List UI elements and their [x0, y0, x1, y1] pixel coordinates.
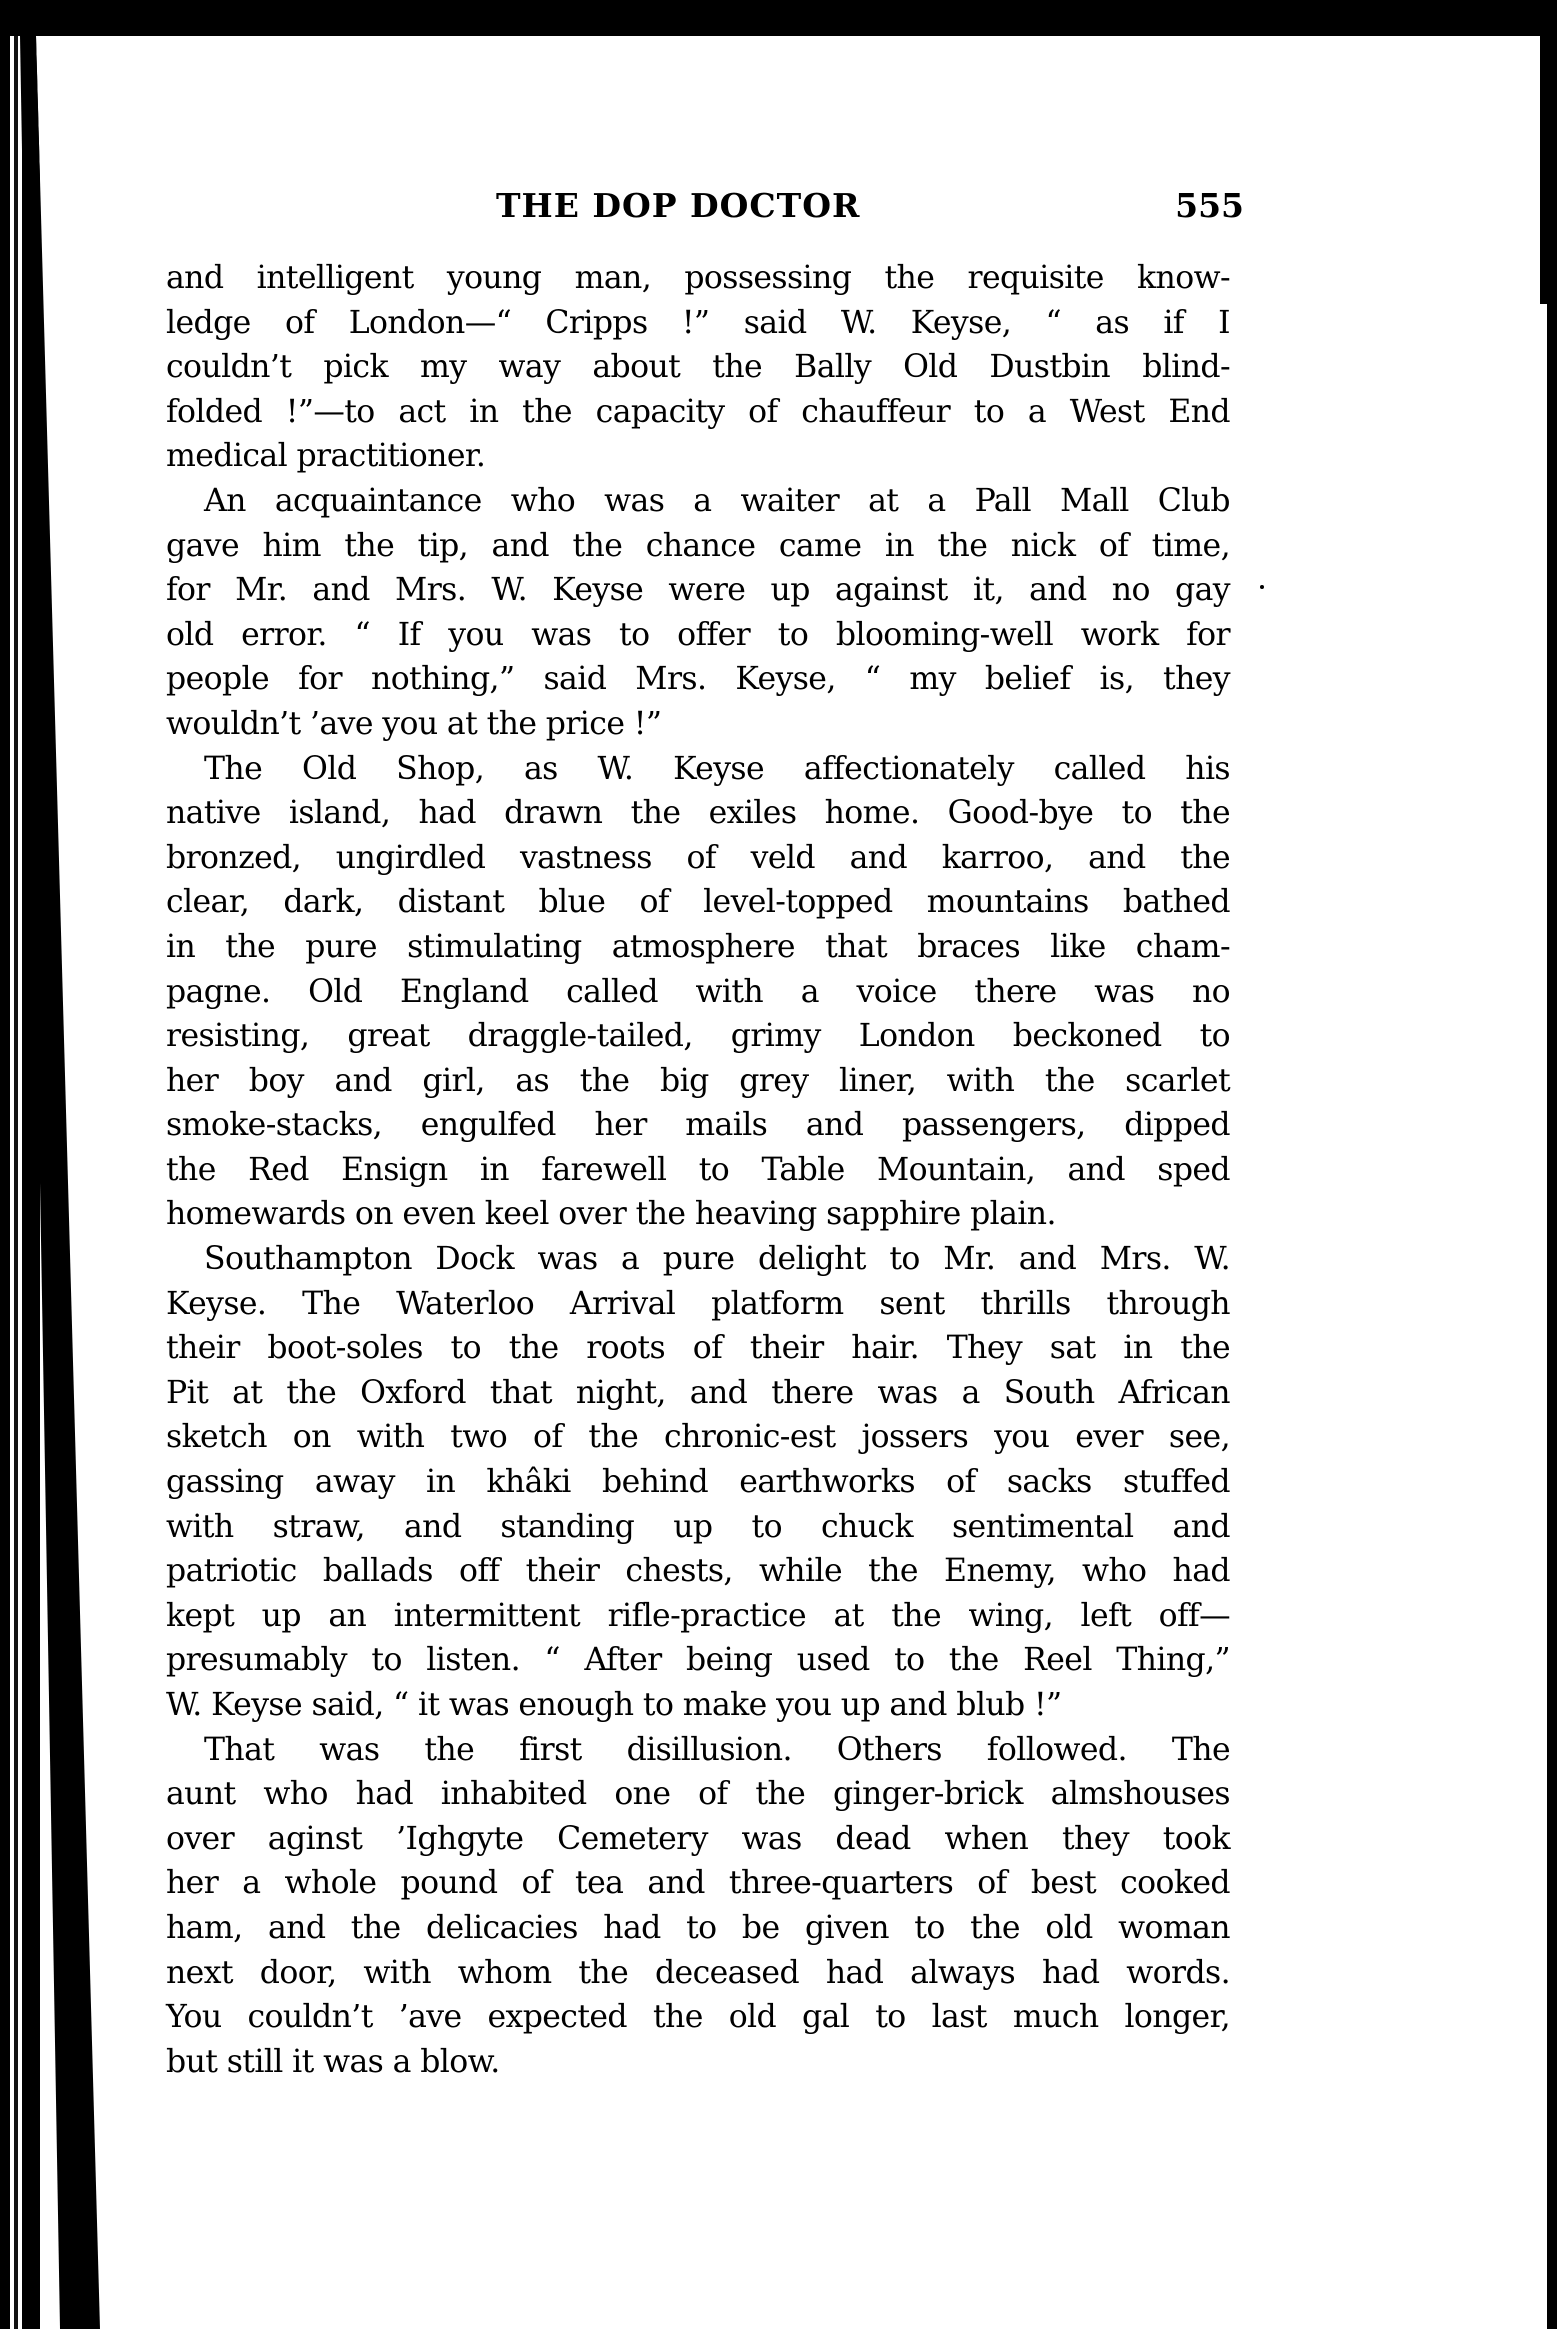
paragraph: An acquaintance who was a waiter at a Pa… [166, 479, 1230, 747]
text-line: bronzed, ungirdled vastness of veld and … [166, 836, 1230, 881]
text-line: people for nothing,” said Mrs. Keyse, “ … [166, 657, 1230, 702]
text-line: native island, had drawn the exiles home… [166, 791, 1230, 836]
text-line: An acquaintance who was a waiter at a Pa… [166, 479, 1230, 524]
paragraph: Southampton Dock was a pure delight to M… [166, 1237, 1230, 1728]
text-line: next door, with whom the deceased had al… [166, 1951, 1230, 1996]
scan-right-border [1540, 14, 1547, 304]
paragraph: The Old Shop, as W. Keyse affectionately… [166, 747, 1230, 1238]
text-line: That was the first disillusion. Others f… [166, 1728, 1230, 1773]
text-line: Keyse. The Waterloo Arrival platform sen… [166, 1282, 1230, 1327]
text-line: in the pure stimulating atmosphere that … [166, 925, 1230, 970]
body-text: and intelligent young man, possessing th… [166, 256, 1230, 2084]
text-line: gassing away in khâki behind earthworks … [166, 1460, 1230, 1505]
text-line: the Red Ensign in farewell to Table Moun… [166, 1148, 1230, 1193]
text-line: ledge of London—“ Cripps !” said W. Keys… [166, 301, 1230, 346]
text-line: their boot-soles to the roots of their h… [166, 1326, 1230, 1371]
text-line: smoke-stacks, engulfed her mails and pas… [166, 1103, 1230, 1148]
text-line: and intelligent young man, possessing th… [166, 256, 1230, 301]
scan-speck [1260, 585, 1264, 589]
text-line: clear, dark, distant blue of level-toppe… [166, 880, 1230, 925]
text-line: Pit at the Oxford that night, and there … [166, 1371, 1230, 1416]
text-line: wouldn’t ’ave you at the price !” [166, 702, 1230, 747]
text-line: You couldn’t ’ave expected the old gal t… [166, 1995, 1230, 2040]
text-line: over aginst ’Ighgyte Cemetery was dead w… [166, 1817, 1230, 1862]
text-line: Southampton Dock was a pure delight to M… [166, 1237, 1230, 1282]
scan-right-edge [1547, 14, 1557, 2329]
text-line: ham, and the delicacies had to be given … [166, 1906, 1230, 1951]
scanned-book-page: THE DOP DOCTOR 555 and intelligent young… [0, 0, 1557, 2329]
text-line: W. Keyse said, “ it was enough to make y… [166, 1683, 1230, 1728]
text-line: her a whole pound of tea and three-quart… [166, 1861, 1230, 1906]
text-line: gave him the tip, and the chance came in… [166, 524, 1230, 569]
page-header: THE DOP DOCTOR 555 [166, 186, 1244, 236]
text-line: sketch on with two of the chronic-est jo… [166, 1415, 1230, 1460]
text-line: patriotic ballads off their chests, whil… [166, 1549, 1230, 1594]
page-number: 555 [1175, 186, 1244, 225]
paragraph: and intelligent young man, possessing th… [166, 256, 1230, 479]
text-line: couldn’t pick my way about the Bally Old… [166, 345, 1230, 390]
text-line: old error. “ If you was to offer to bloo… [166, 613, 1230, 658]
text-line: but still it was a blow. [166, 2040, 1230, 2085]
scan-top-border [0, 0, 1557, 36]
text-line: medical practitioner. [166, 434, 1230, 479]
text-line: for Mr. and Mrs. W. Keyse were up agains… [166, 568, 1230, 613]
text-line: The Old Shop, as W. Keyse affectionately… [166, 747, 1230, 792]
text-line: homewards on even keel over the heaving … [166, 1192, 1230, 1237]
text-line: resisting, great draggle-tailed, grimy L… [166, 1014, 1230, 1059]
text-line: her boy and girl, as the big grey liner,… [166, 1059, 1230, 1104]
text-line: folded !”—to act in the capacity of chau… [166, 390, 1230, 435]
text-line: with straw, and standing up to chuck sen… [166, 1505, 1230, 1550]
paragraph: That was the first disillusion. Others f… [166, 1728, 1230, 2085]
running-head-title: THE DOP DOCTOR [496, 186, 860, 225]
text-line: presumably to listen. “ After being used… [166, 1638, 1230, 1683]
text-line: aunt who had inhabited one of the ginger… [166, 1772, 1230, 1817]
text-line: kept up an intermittent rifle-practice a… [166, 1594, 1230, 1639]
text-line: pagne. Old England called with a voice t… [166, 970, 1230, 1015]
